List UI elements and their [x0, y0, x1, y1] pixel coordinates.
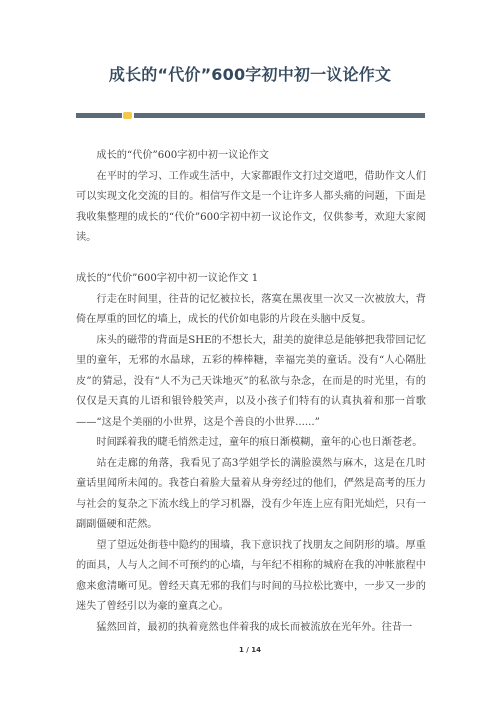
essay-paragraph: 行走在时间里，往昔的记忆被拉长，落寞在黑夜里一次又一次被放大，背倚在厚重的回忆的… [76, 290, 426, 331]
intro-heading: 成长的“代价”600字初中初一议论作文 [76, 146, 426, 167]
essay-paragraph: 站在走廊的角落，我看见了高3学姐学长的满脸漠然与麻木，这是在几时童话里闻所未闻的… [76, 454, 426, 536]
essay-heading: 成长的“代价”600字初中初一议论作文 1 [76, 269, 426, 290]
divider-accent-icon [123, 112, 132, 119]
essay-paragraph: 猛然回首，最初的执着竟然也伴着我的成长而被流放在光年外。往昔一 [76, 618, 426, 639]
document-body: 成长的“代价”600字初中初一议论作文 在平时的学习、工作或生活中，大家都跟作文… [76, 146, 426, 638]
page-indicator: 1 / 14 [0, 646, 500, 654]
title-divider-right [134, 113, 425, 118]
document-title: 成长的“代价”600字初中初一议论作文 [0, 62, 500, 85]
essay-paragraph: 时间踩着我的睫毛悄然走过，童年的痕日渐模糊，童年的心也日渐苍老。 [76, 433, 426, 454]
intro-paragraph: 在平时的学习、工作或生活中，大家都跟作文打过交道吧，借助作文人们可以实现文化交流… [76, 167, 426, 249]
title-divider-left [76, 113, 122, 118]
essay-paragraph: 床头的磁带的背面是SHE的不想长大，甜美的旋律总是能够把我带回记忆里的童年，无邪… [76, 331, 426, 434]
essay-paragraph: 望了望远处街巷中隐约的围墙，我下意识找了找朋友之间阴形的墙。厚重的面具，人与人之… [76, 536, 426, 618]
